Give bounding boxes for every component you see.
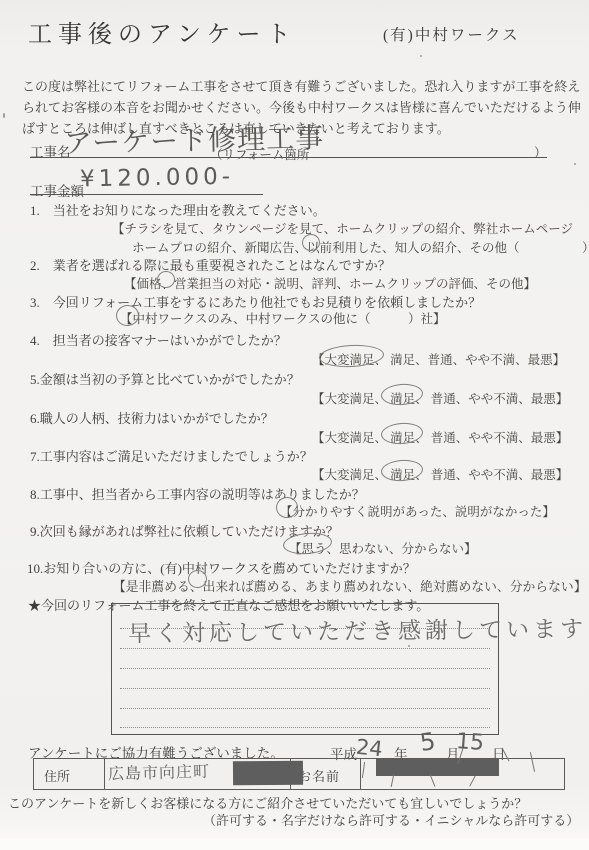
question-8-options: 【分かりやすく説明があった、説明がなかった】 (280, 502, 555, 520)
redaction-box-address (233, 761, 303, 786)
company-name: (有)中村ワークス (383, 23, 520, 45)
question-10-text: 10.お知り合いの方に、(有)中村ワークスを薦めていただけますか？ (27, 558, 416, 577)
survey-document: 工事後のアンケート (有)中村ワークス この度は弊社にてリフォーム工事をさせて頂… (0, 0, 589, 850)
scan-speck (574, 163, 576, 165)
work-name-underline (30, 157, 547, 158)
question-5-options: 【大変満足、 満足、 普通、やや不満、最悪】 (312, 389, 568, 407)
question-10-options: 【是非薦める、出来れば薦める、あまり薦めれない、絶対薦めない、分からない】 (113, 576, 586, 595)
question-2-options: 【価格、営業担当の対応・説明、評判、ホームクリップの評価、その他】 (124, 274, 536, 292)
question-3-options: 【中村ワークスのみ、中村ワークスの他に（ ）社】 (120, 309, 446, 327)
scan-speck (420, 55, 422, 57)
question-6-options: 【大変満足、 満足、 普通、やや不満、最悪】 (312, 428, 568, 446)
question-5-text: 5.金額は当初の予算と比べていかがでしたか？ (30, 369, 300, 388)
comment-ruled-line (120, 688, 490, 689)
comment-ruled-line (120, 648, 490, 649)
comment-ruled-line (120, 708, 490, 709)
table-divider (104, 759, 105, 789)
question-1-text: 1. 当社をお知りになった理由を教えてください。 (30, 200, 326, 219)
comment-ruled-line (120, 727, 490, 728)
work-amount-label: 工事金額 (30, 180, 84, 200)
table-divider (360, 759, 361, 789)
work-amount-underline (30, 194, 263, 195)
name-label: お名前 (298, 766, 340, 785)
question-8-text: 8.工事中、担当者から工事内容の説明等はありましたか？ (30, 484, 365, 503)
question-6-text: 6.職人の人柄、技術力はいかがでしたか？ (30, 408, 274, 427)
intro-line-2: られてお客様の本音をお聞かせください。今後も中村ワークスは皆様に喜んでいただける… (22, 97, 582, 118)
consent-options: （許可する・名字だけなら許可する・イニシャルなら許可する） (203, 810, 579, 829)
intro-line-1: この度は弊社にてリフォーム工事をさせて頂き有難うございました。恐れ入りますが工事… (22, 76, 582, 97)
question-1-options-line2: ホームプロの紹介、新聞広告、以前利用した、知人の紹介、その他（ ）】 (132, 238, 589, 256)
address-handwritten-value: 広島市向庄町 (108, 759, 211, 785)
scan-bottom-edge (0, 838, 589, 850)
question-2-text: 2. 業者を選ばれる際に最も重要視されたことはなんですか？ (30, 255, 391, 274)
question-4-text: 4. 担当者の接客マナーはいかがでしたか？ (30, 330, 287, 349)
date-day-handwritten: 15 (455, 729, 485, 756)
reform-location-label: （リフォーム箇所 (210, 145, 309, 163)
question-7-text: 7.工事内容はご満足いただけましたでしょうか？ (30, 446, 313, 465)
comment-ruled-line (120, 668, 490, 669)
question-7-options: 【大変満足、 満足、 普通、やや不満、最悪】 (312, 465, 568, 483)
work-amount-handwritten-value: ¥120.000- (80, 164, 234, 193)
comment-handwritten-text: 早く対応していただき感謝しています (128, 611, 587, 649)
reform-location-close-paren: ） (534, 143, 547, 161)
scan-speck (408, 645, 410, 647)
address-label: 住所 (44, 766, 70, 785)
page-title: 工事後のアンケート (28, 14, 297, 49)
question-1-options-line1: 【チラシを見て、タウンページを見て、ホームクリップの紹介、弊社ホームページ (112, 219, 573, 237)
scan-speck (3, 113, 5, 118)
